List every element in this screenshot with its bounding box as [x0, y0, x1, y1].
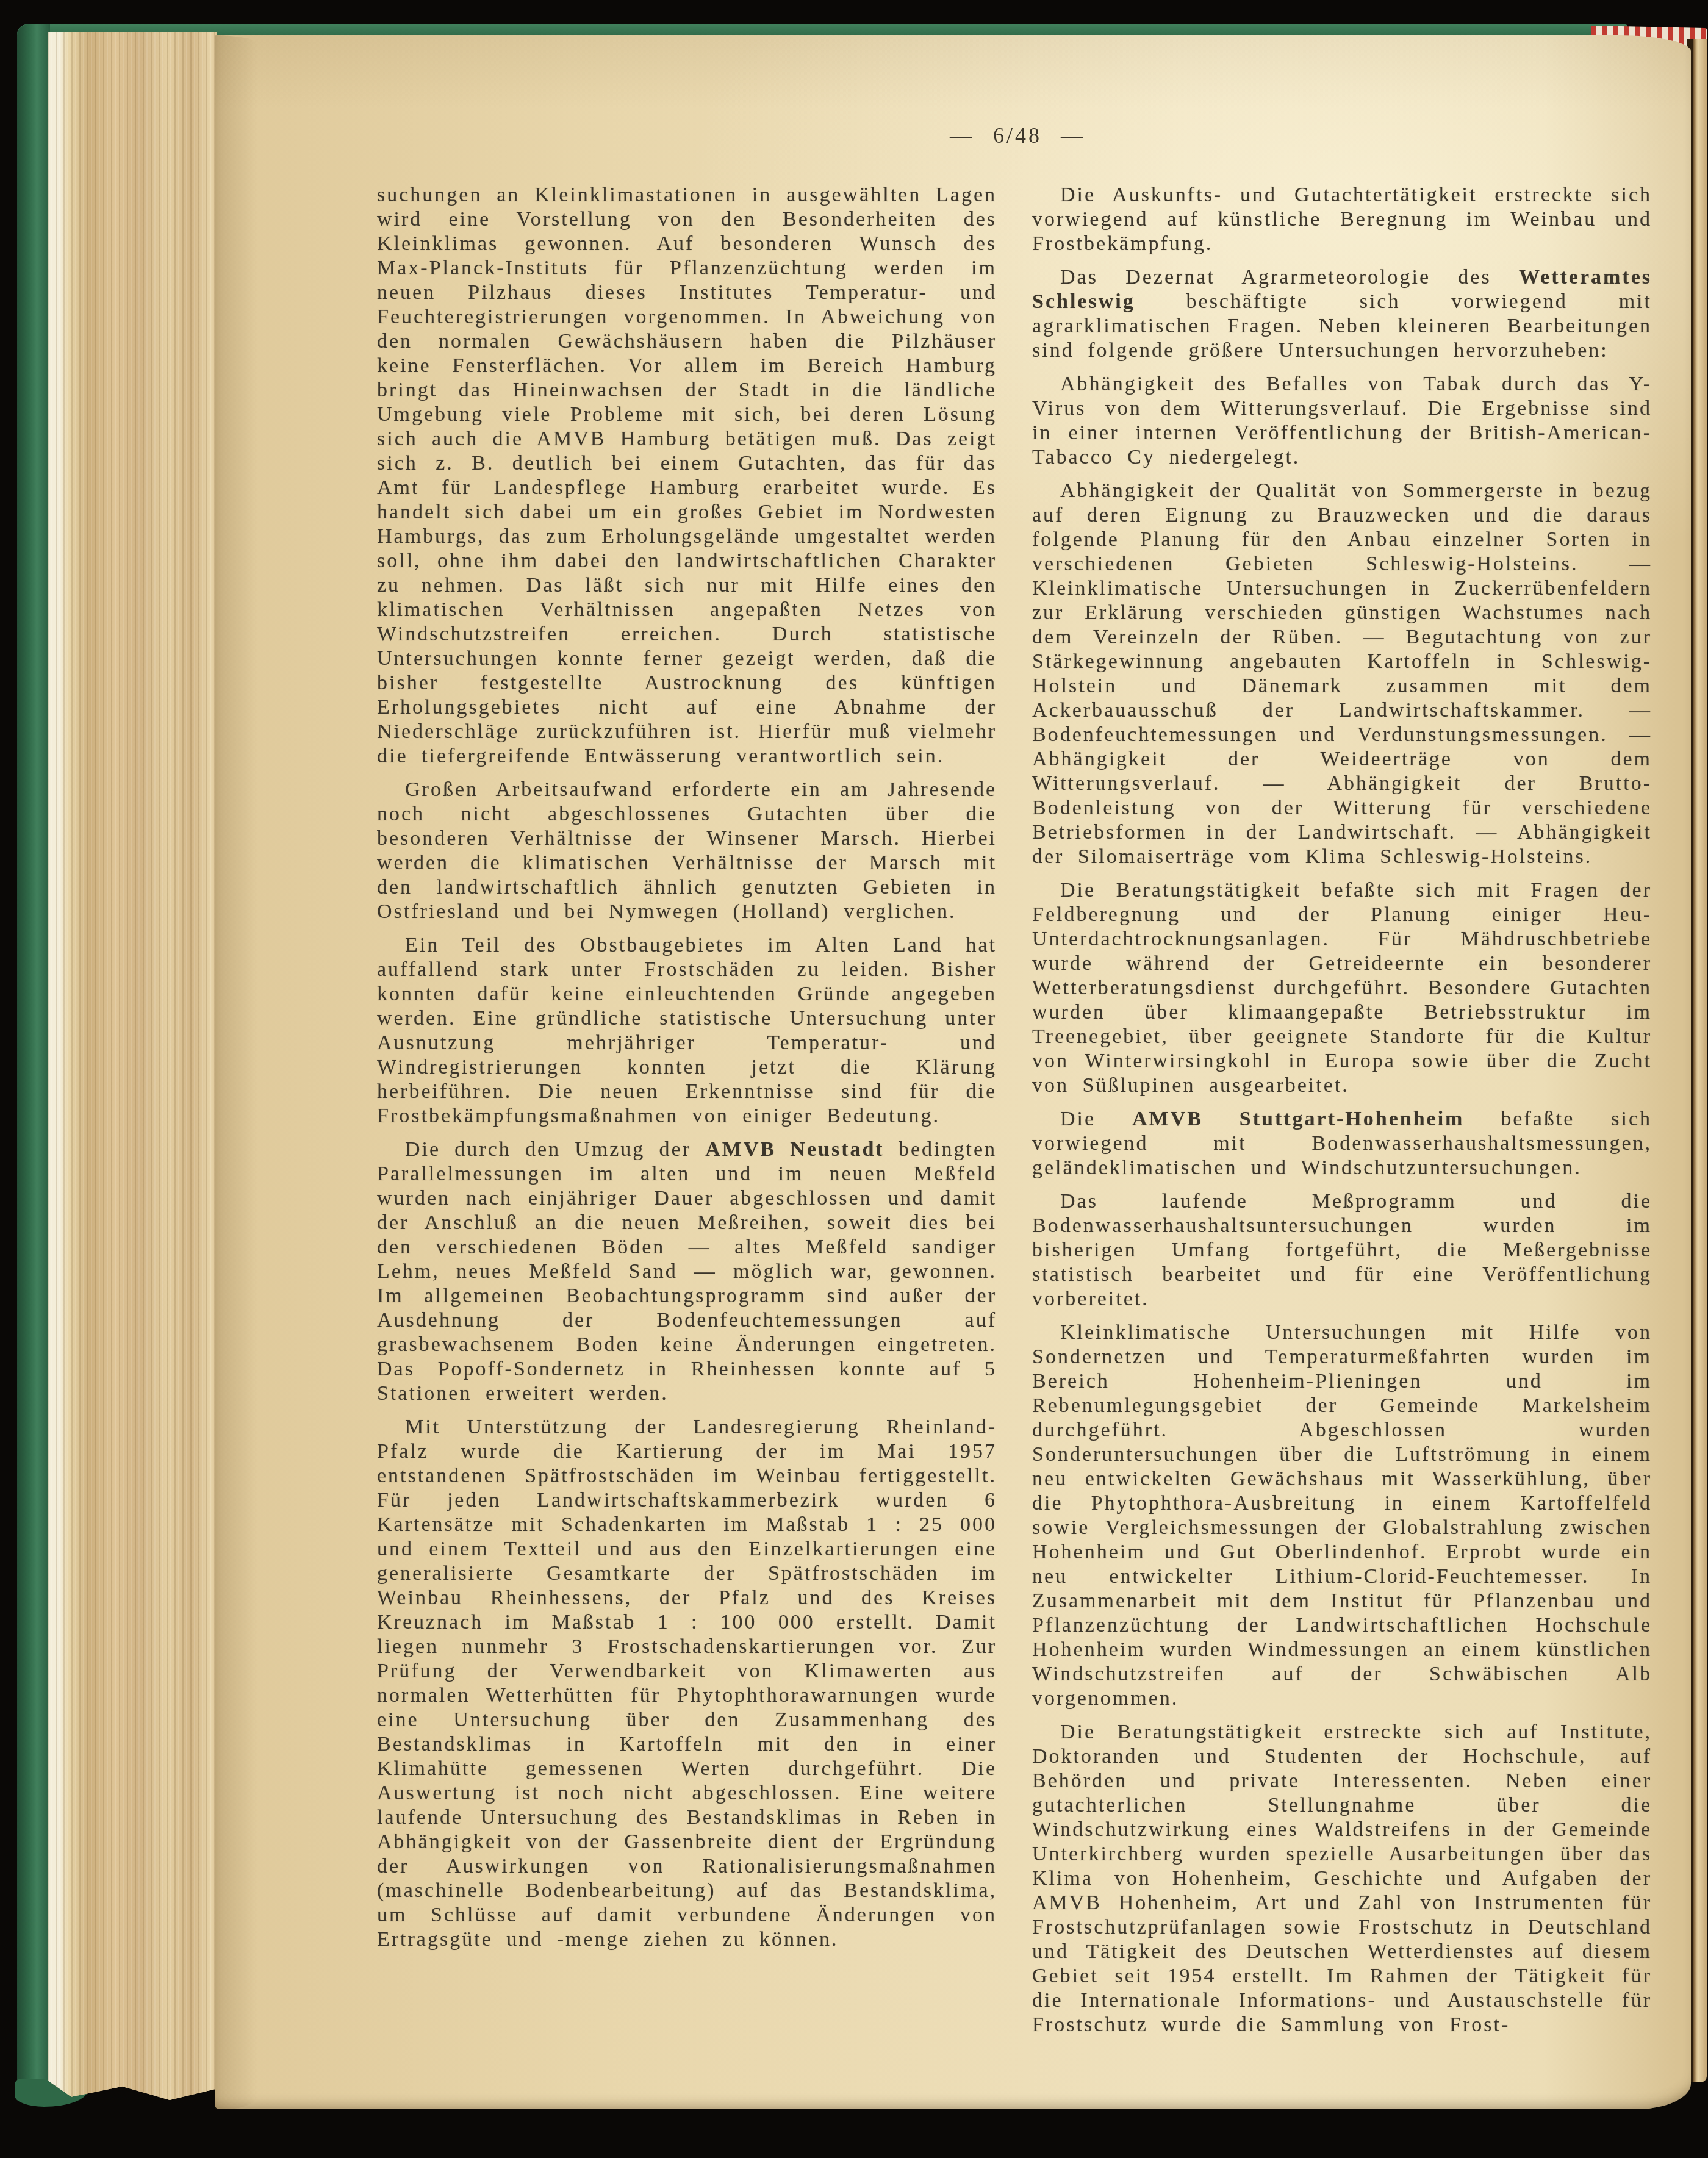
paragraph: Die durch den Umzug der AMVB Neustadt be… [377, 1138, 997, 1406]
text-segment: Großen Arbeitsaufwand erforderte ein am … [377, 778, 997, 923]
text-segment: Kleinklimatische Untersuchungen mit Hilf… [1032, 1321, 1652, 1710]
text-segment: Das laufende Meßprogramm und die Bodenwa… [1032, 1190, 1652, 1310]
paragraph: Das Dezernat Agrarmeteorologie des Wette… [1032, 265, 1652, 363]
text-segment: AMVB Neustadt [705, 1138, 884, 1161]
paragraph: Die AMVB Stuttgart-Hohenheim befaßte sic… [1032, 1107, 1652, 1180]
text-segment: Ein Teil des Obstbaugebietes im Alten La… [377, 934, 997, 1127]
text-segment: Mit Unterstützung der Landesregierung Rh… [377, 1416, 997, 1951]
paragraph: Abhängigkeit des Befalles von Tabak durc… [1032, 372, 1652, 470]
paragraph: Mit Unterstützung der Landesregierung Rh… [377, 1415, 997, 1952]
text-segment: Die Beratungstätigkeit befaßte sich mit … [1032, 879, 1652, 1097]
paragraph: Die Beratungstätigkeit erstreckte sich a… [1032, 1720, 1652, 2037]
paragraph: suchungen an Kleinklimastationen in ausg… [377, 183, 997, 769]
text-segment: Das Dezernat Agrarmeteorologie des [1060, 266, 1519, 289]
paragraph: Die Beratungstätigkeit befaßte sich mit … [1032, 878, 1652, 1098]
text-segment: Die durch den Umzug der [405, 1138, 705, 1161]
page-number: — 6/48 — [834, 122, 1200, 149]
paragraph: Ein Teil des Obstbaugebietes im Alten La… [377, 933, 997, 1128]
paragraph: Das laufende Meßprogramm und die Bodenwa… [1032, 1189, 1652, 1311]
text-segment: Die Beratungstätigkeit erstreckte sich a… [1032, 1721, 1652, 2036]
paragraph: Die Auskunfts- und Gutachtertätigkeit er… [1032, 183, 1652, 256]
paragraph: Abhängigkeit der Qualität von Sommergers… [1032, 479, 1652, 869]
stacked-page-edges [48, 32, 217, 2103]
text-segment: Abhängigkeit des Befalles von Tabak durc… [1032, 373, 1652, 468]
text-segment: Abhängigkeit der Qualität von Sommergers… [1032, 479, 1652, 868]
book-cover-spine-edge [17, 24, 50, 2102]
text-segment: Die [1060, 1108, 1132, 1130]
text-segment: suchungen an Kleinklimastationen in ausg… [377, 184, 997, 767]
paragraph: Kleinklimatische Untersuchungen mit Hilf… [1032, 1321, 1652, 1711]
text-column-left: suchungen an Kleinklimastationen in ausg… [377, 183, 997, 1952]
book-page: — 6/48 — suchungen an Kleinklimastatione… [215, 35, 1691, 2109]
paragraph: Großen Arbeitsaufwand erforderte ein am … [377, 778, 997, 924]
text-column-right: Die Auskunfts- und Gutachtertätigkeit er… [1032, 183, 1652, 2037]
book-scan: — 6/48 — suchungen an Kleinklimastatione… [0, 0, 1708, 2158]
text-segment: Die Auskunfts- und Gutachtertätigkeit er… [1032, 184, 1652, 255]
text-segment: bedingten Parallelmessungen im alten und… [377, 1138, 997, 1405]
text-segment: AMVB Stuttgart-Hohenheim [1132, 1108, 1464, 1130]
